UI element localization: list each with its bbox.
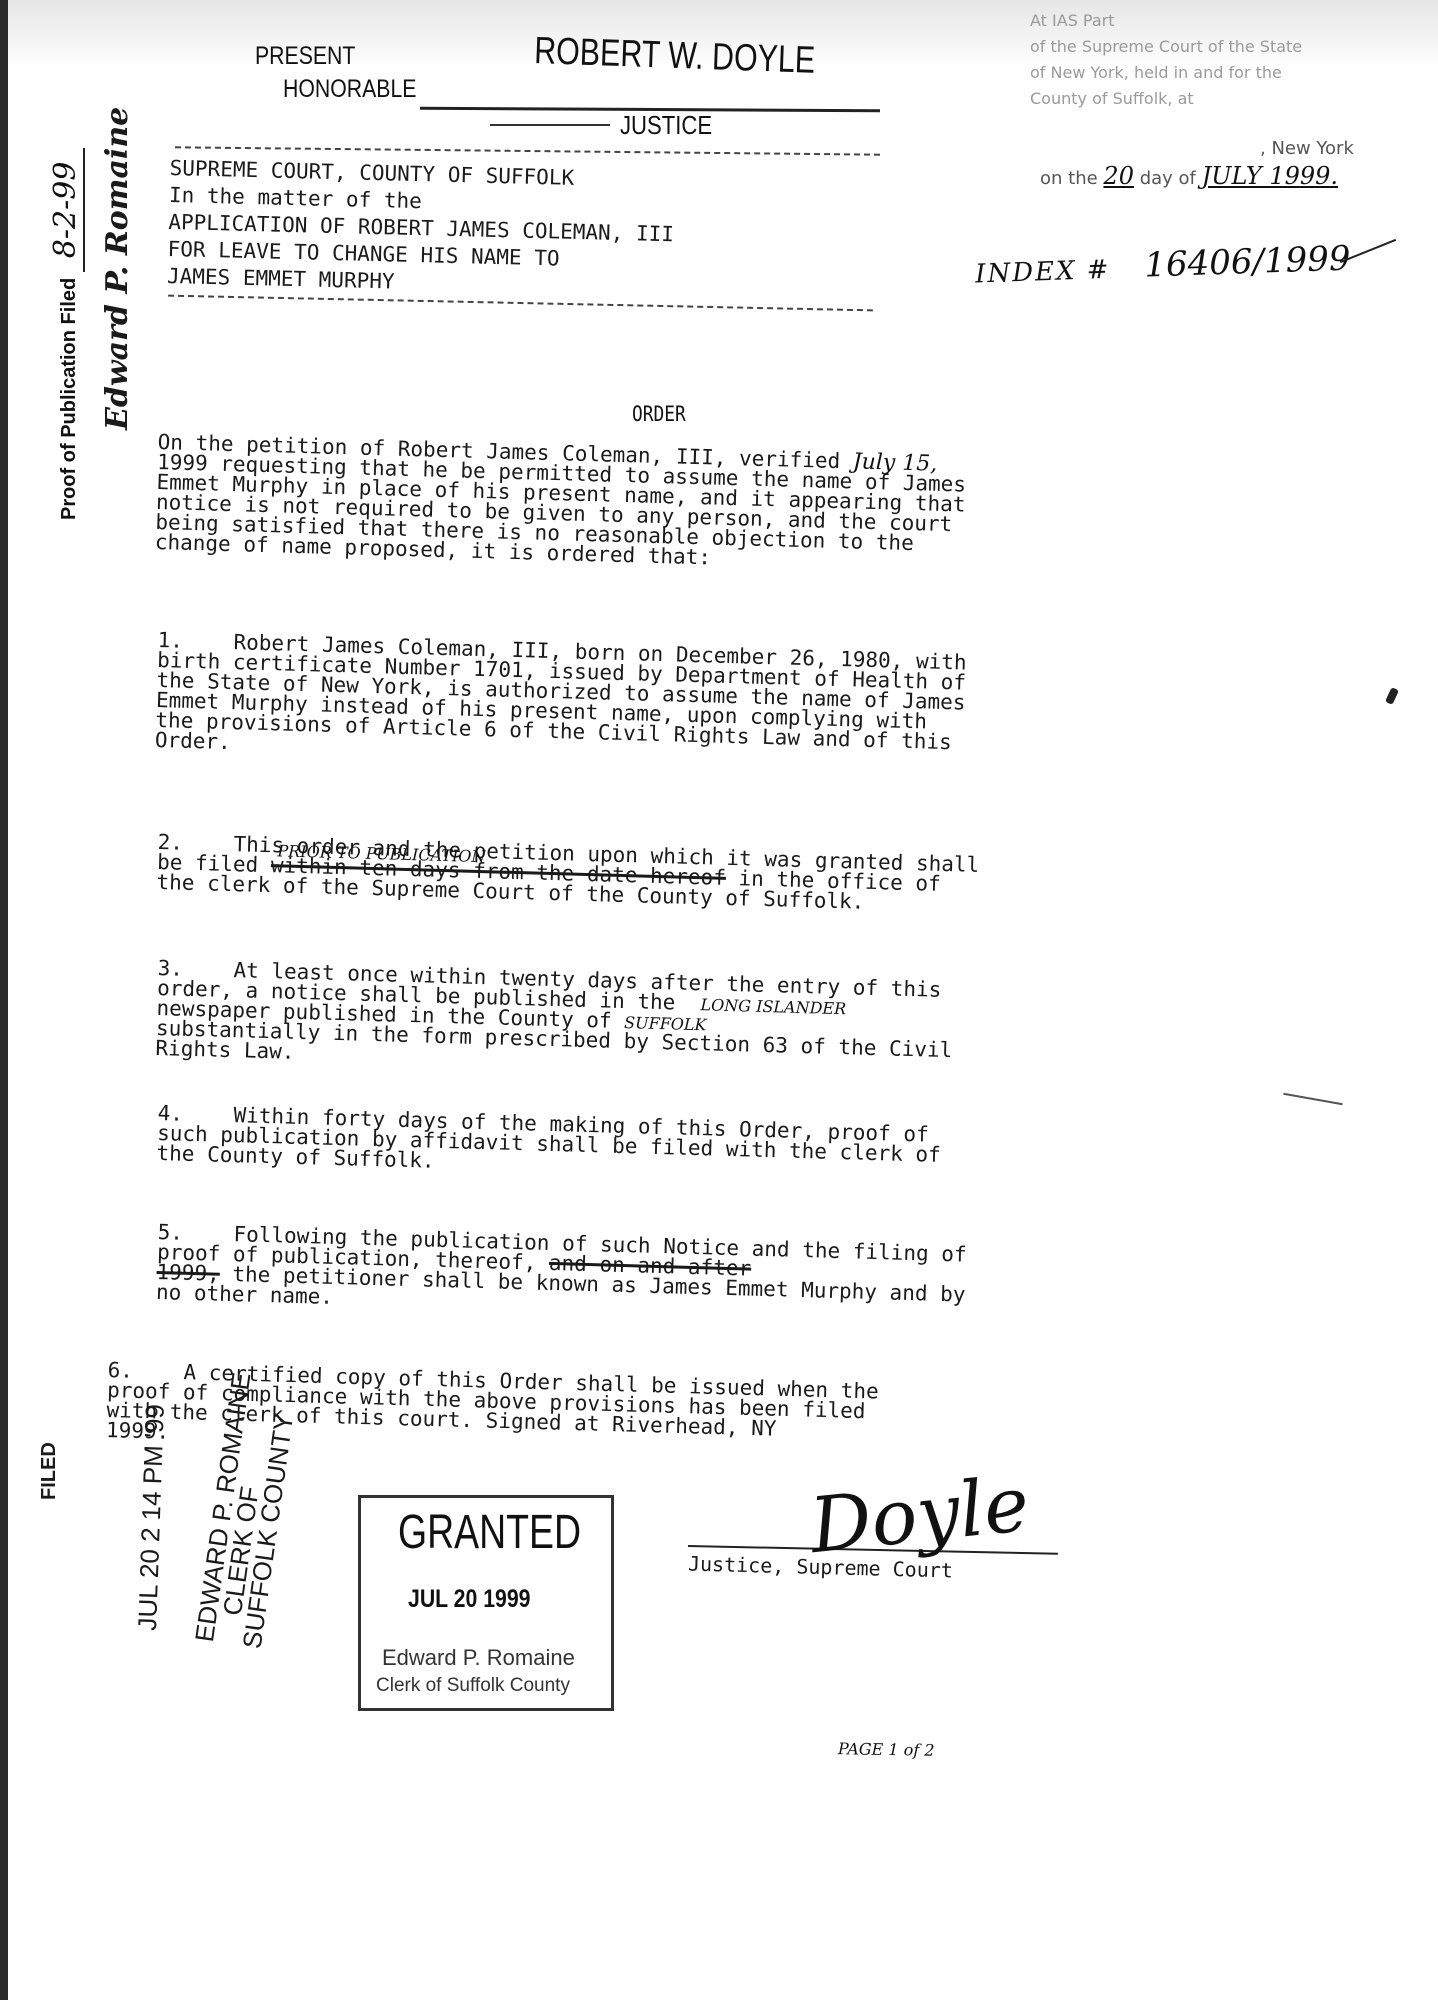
order-paragraph-3: 3. At least once within twenty days afte… xyxy=(155,958,954,1080)
order-intro: On the petition of Robert James Coleman,… xyxy=(155,432,967,575)
faded-line: At IAS Part xyxy=(1030,8,1302,34)
handwritten-newspaper: LONG ISLANDER xyxy=(700,995,846,1018)
proof-date: 8-2-99 xyxy=(48,148,85,273)
order-paragraph-1: 1. Robert James Coleman, III, born on De… xyxy=(155,630,967,773)
date-prefix: on the xyxy=(1040,168,1098,189)
index-label: INDEX # xyxy=(975,255,1111,290)
clerk-signature-vertical: Edward P. Romaine xyxy=(100,107,135,430)
case-caption: SUPREME COURT, COUNTY OF SUFFOLK In the … xyxy=(167,155,676,302)
faded-court-header: At IAS Part of the Supreme Court of the … xyxy=(1030,0,1302,112)
scan-border-left xyxy=(0,0,8,2000)
present-label: PRESENT xyxy=(255,42,355,71)
granted-title: GRANTED xyxy=(398,1505,581,1560)
caption-top-rule xyxy=(175,146,880,155)
order-paragraph-2: 2. This order and the petition upon whic… xyxy=(156,832,979,915)
granted-date: JUL 20 1999 xyxy=(408,1585,530,1614)
page-number: PAGE 1 of 2 xyxy=(838,1739,935,1760)
faded-line: County of Suffolk, at xyxy=(1030,86,1302,112)
order-title: ORDER xyxy=(632,402,686,426)
granted-clerk-name: Edward P. Romaine xyxy=(382,1645,575,1671)
judge-name-stamp: ROBERT W. DOYLE xyxy=(533,30,815,83)
order-paragraph-5: 5. Following the publication of such Not… xyxy=(156,1222,967,1325)
index-number: INDEX #16406/1999 xyxy=(974,238,1351,291)
granted-clerk-title: Clerk of Suffolk County xyxy=(376,1675,570,1697)
proof-label: Proof of Publication Filed xyxy=(58,278,80,520)
filed-stamp-word: FILED xyxy=(38,1442,61,1500)
filed-datetime-stamp: JUL 20 2 14 PM '99 xyxy=(132,1404,171,1632)
ink-mark xyxy=(1385,687,1399,705)
faded-line: of the Supreme Court of the State xyxy=(1030,34,1302,60)
date-year: 99. xyxy=(1300,162,1338,190)
order-paragraph-4: 4. Within forty days of the making of th… xyxy=(156,1103,941,1185)
date-month: JULY 19 xyxy=(1202,162,1300,190)
proof-of-publication-stamp: Proof of Publication Filed 8-2-99 xyxy=(48,148,83,520)
faded-line: of New York, held in and for the xyxy=(1030,60,1302,86)
date-mid: day of xyxy=(1140,168,1196,189)
justice-dash xyxy=(490,124,610,126)
honorable-label: HONORABLE xyxy=(283,75,416,104)
justice-label: JUSTICE xyxy=(620,110,712,141)
stray-pen-mark xyxy=(1283,1093,1342,1105)
hearing-date-line: on the 20 day of JULY 1999. xyxy=(1040,162,1338,190)
date-day: 20 xyxy=(1103,162,1134,190)
paragraph-line: be filed xyxy=(157,850,259,877)
index-value: 16406/1999 xyxy=(1144,238,1351,285)
county-line: , New York xyxy=(1260,138,1354,159)
